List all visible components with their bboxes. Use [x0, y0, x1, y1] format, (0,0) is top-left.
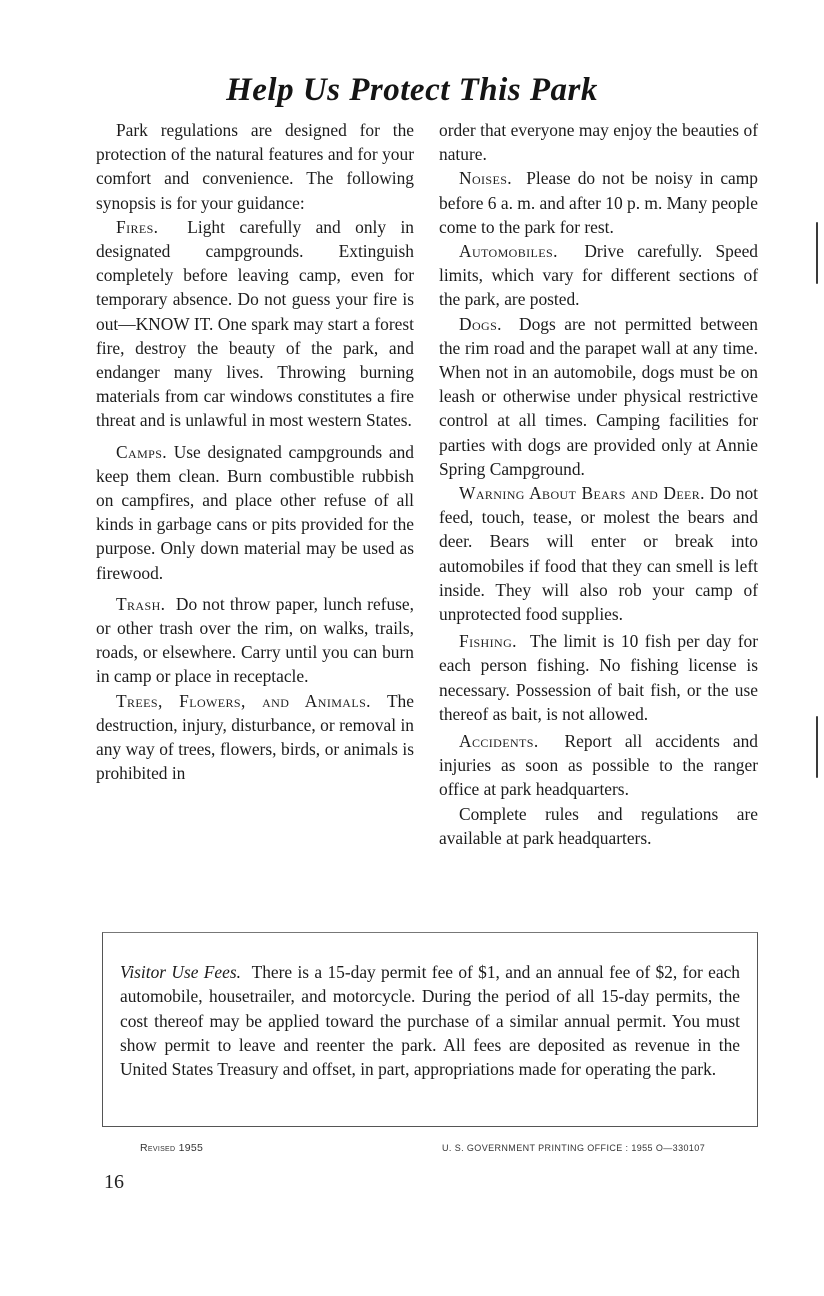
closing-paragraph: Complete rules and regulations are avail… — [439, 802, 758, 850]
dogs-section: Dogs. Dogs are not permitted be­tween th… — [439, 312, 758, 481]
continuation-paragraph: order that everyone may enjoy the beauti… — [439, 118, 758, 166]
camps-text: Use designated campgrounds and keep them… — [96, 442, 414, 583]
fires-heading: Fires. — [116, 217, 158, 237]
noises-section: Noises. Please do not be noisy in camp b… — [439, 166, 758, 239]
accidents-heading: Accidents. — [459, 731, 539, 751]
page-title: Help Us Protect This Park — [0, 72, 824, 109]
trees-section: Trees, Flowers, and Animals. The destruc… — [96, 689, 414, 786]
automobiles-section: Automobiles. Drive carefully. Speed limi… — [439, 239, 758, 312]
noises-heading: Noises. — [459, 168, 512, 188]
revised-date: Revised 1955 — [140, 1142, 203, 1154]
page-number: 16 — [104, 1171, 124, 1194]
intro-paragraph: Park regulations are designed for the pr… — [96, 118, 414, 215]
automobiles-heading: Automobiles. — [459, 241, 558, 261]
scan-margin-mark — [816, 716, 818, 778]
fishing-section: Fishing. The limit is 10 fish per day fo… — [439, 629, 758, 726]
fishing-heading: Fishing. — [459, 631, 517, 651]
accidents-section: Accidents. Report all accidents and inju… — [439, 729, 758, 802]
camps-heading: Camps. — [116, 442, 167, 462]
trash-heading: Trash. — [116, 594, 165, 614]
left-column: Park regulations are designed for the pr… — [96, 118, 414, 785]
trees-heading: Trees, Flowers, and Animals. — [116, 691, 371, 711]
bears-text: Do not feed, touch, tease, or molest the… — [439, 483, 758, 624]
bears-section: Warning About Bears and Deer. Do not fee… — [439, 481, 758, 626]
dogs-text: Dogs are not permitted be­tween the rim … — [439, 314, 758, 479]
fires-section: Fires. Light carefully and only in desig… — [96, 215, 414, 433]
camps-section: Camps. Use designated campgrounds and ke… — [96, 440, 414, 585]
scan-margin-mark — [816, 222, 818, 284]
fires-text: Light carefully and only in designated c… — [96, 217, 414, 431]
bears-heading: Warning About Bears and Deer. — [459, 483, 705, 503]
trash-section: Trash. Do not throw paper, lunch refuse,… — [96, 592, 414, 689]
visitor-fees-heading: Visitor Use Fees. — [120, 962, 241, 982]
visitor-fees-text: Visitor Use Fees. There is a 15-day perm… — [120, 960, 740, 1081]
dogs-heading: Dogs. — [459, 314, 502, 334]
printer-imprint: U. S. GOVERNMENT PRINTING OFFICE : 1955 … — [442, 1143, 705, 1153]
visitor-fees-box: Visitor Use Fees. There is a 15-day perm… — [102, 932, 758, 1127]
right-column: order that everyone may enjoy the beauti… — [439, 118, 758, 850]
